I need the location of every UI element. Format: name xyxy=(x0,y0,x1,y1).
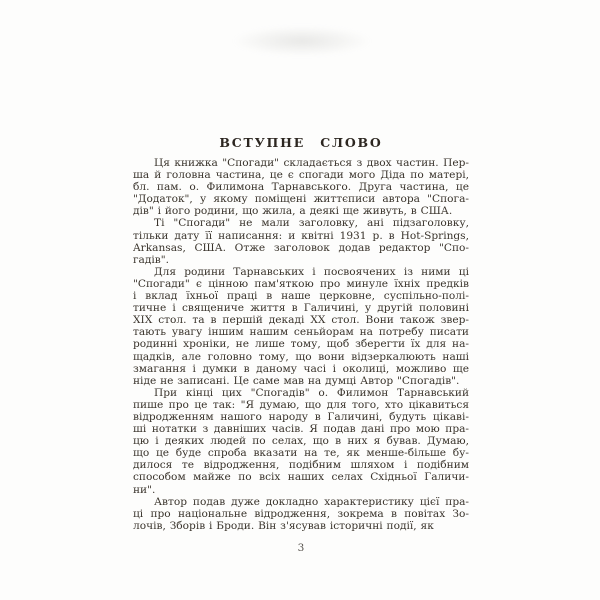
text-line: ші нотатки з давніших часів. Я подав дан… xyxy=(133,423,469,435)
text-line: родинні хроніки, не лише тому, щоб збере… xyxy=(133,338,469,350)
text-line: "Додаток", у якому поміщені життєписи ав… xyxy=(133,193,469,205)
page-title: ВСТУПНЕ СЛОВО xyxy=(133,135,469,150)
text-line: щадків, але головно тому, що вони відзер… xyxy=(133,351,469,363)
text-line: відродженням нашого народу в Галичині, б… xyxy=(133,411,469,423)
text-line: ніде не записані. Це саме мав на думці А… xyxy=(133,375,469,387)
text-line: XIX стол. та в першій декаді XX стол. Во… xyxy=(133,314,469,326)
text-line: цю і деяких людей по селах, що в них я б… xyxy=(133,435,469,447)
text-line: пише про це так: "Я думаю, що для того, … xyxy=(133,399,469,411)
text-line: гадів". xyxy=(133,254,469,266)
text-line: "Спогади" є цінною пам'яткою про минуле … xyxy=(133,278,469,290)
book-page: ВСТУПНЕ СЛОВО Ця книжка "Спогади" склада… xyxy=(0,0,600,600)
text-line: Автор подав дуже докладно характеристику… xyxy=(133,496,469,508)
text-line: Ті "Спогади" не мали заголовку, ані підз… xyxy=(133,217,469,229)
scan-smudge xyxy=(232,26,372,56)
text-line: що це буде спроба вказати на те, як менш… xyxy=(133,447,469,459)
text-line: ша й головна частина, це є спогади мого … xyxy=(133,169,469,181)
text-line: ці про національне відродження, зокрема … xyxy=(133,508,469,520)
text-line: тичне і священиче життя в Галичині, у др… xyxy=(133,302,469,314)
text-line: способом майже по всіх наших селах Східн… xyxy=(133,471,469,483)
text-line: бл. пам. о. Филимона Тарнавського. Друга… xyxy=(133,181,469,193)
text-line: Ця книжка "Спогади" складається з двох ч… xyxy=(133,157,469,169)
page-number: 3 xyxy=(133,542,469,554)
text-line: Для родини Тарнавських і посвоячених із … xyxy=(133,266,469,278)
text-line: тільки дату її написання: и квітні 1931 … xyxy=(133,230,469,242)
text-line: тають увагу іншим нашим сеньйорам на пот… xyxy=(133,326,469,338)
text-line: лочів, Зборів і Броди. Він з'ясував істо… xyxy=(133,520,469,532)
text-line: дилося те відродження, подібним шляхом і… xyxy=(133,459,469,471)
body-text: Ця книжка "Спогади" складається з двох ч… xyxy=(133,157,469,532)
text-line: дів" і його родини, що жила, а деякі ще … xyxy=(133,205,469,217)
text-line: ни". xyxy=(133,484,469,496)
text-line: і вклад їхньої праці в наше церковне, су… xyxy=(133,290,469,302)
text-line: змагання і думки в даному часі і околиці… xyxy=(133,363,469,375)
text-line: Arkansas, США. Отже заголовок додав реда… xyxy=(133,242,469,254)
text-line: При кінці цих "Спогадів" о. Филимон Тарн… xyxy=(133,387,469,399)
